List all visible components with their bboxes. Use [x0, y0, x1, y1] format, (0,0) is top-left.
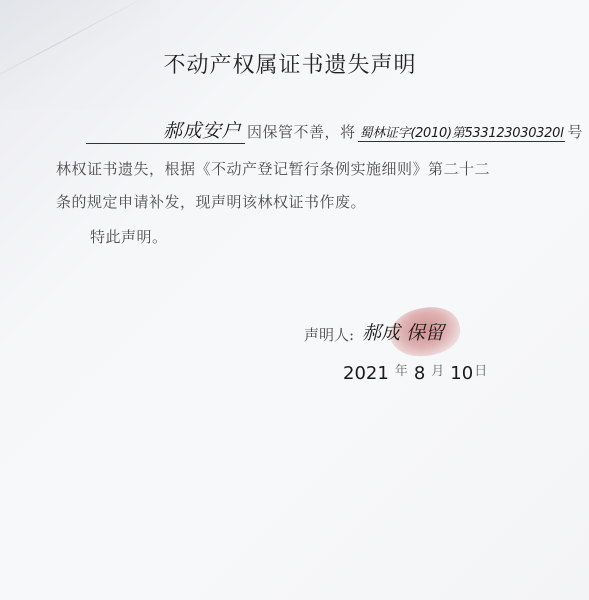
paragraph-line-1: 郝成安户因保管不善，将蜀林证字(2010)第533123030320l号 — [86, 116, 583, 144]
text-segment: 因保管不善，将 — [247, 123, 356, 141]
declarant-label: 声明人: — [304, 324, 354, 345]
paragraph-line-2: 林权证书遗失，根据《不动产登记暂行条例实施细则》第二十二 — [56, 158, 490, 179]
text-segment: 号 — [567, 123, 583, 141]
handwritten-signature: 郝成 保留 — [362, 318, 444, 345]
handwritten-certificate-number: 蜀林证字(2010)第533123030320l — [358, 122, 566, 142]
paper-fold-shadow — [0, 0, 160, 110]
paragraph-line-3: 条的规定申请补发，现声明该林权证书作废。 — [56, 191, 366, 212]
date-year: 2021 — [343, 363, 389, 384]
date-day-unit: 日 — [474, 364, 487, 379]
paper-background: 不动产权属证书遗失声明 郝成安户因保管不善，将蜀林证字(2010)第533123… — [0, 0, 589, 600]
date-month-unit: 月 — [431, 364, 444, 379]
declaration-date: 2021年8月10日 — [343, 360, 493, 384]
handwritten-household-name: 郝成安户 — [86, 116, 245, 144]
closing-statement: 特此声明。 — [90, 226, 168, 247]
date-day: 10 — [450, 363, 473, 384]
date-month: 8 — [414, 363, 425, 384]
date-year-unit: 年 — [395, 364, 408, 379]
document-title: 不动产权属证书遗失声明 — [150, 48, 430, 79]
